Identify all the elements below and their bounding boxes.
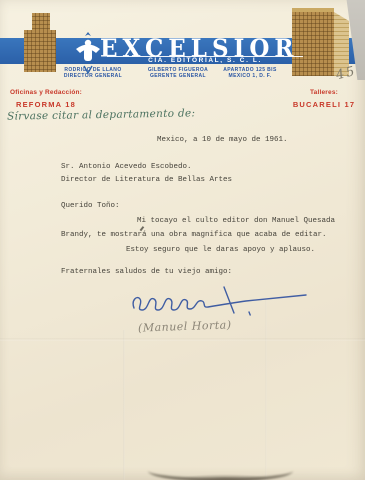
offices-value: REFORMA 18: [6, 100, 86, 109]
building-body: [24, 30, 56, 72]
workshops-value: BUCARELI 17: [288, 100, 360, 109]
department-note-script: Sírvase citar al departamento de:: [7, 107, 196, 122]
letter-sheet: EXCELSIOR CIA. EDITORIAL, S. C. L. RODRI…: [0, 0, 365, 480]
masthead-postal-block: APARTADO 125 BIS MEXICO 1, D. F.: [208, 67, 292, 79]
recipient-title-line: Director de Literatura de Bellas Artes: [61, 176, 232, 184]
body-line-3: Estoy seguro que le daras apoyo y aplaus…: [126, 246, 315, 254]
salutation-line: Querido Toño:: [61, 202, 120, 210]
workshops-label: Talleres:: [288, 89, 360, 96]
workshops-block: Talleres: BUCARELI 17: [288, 89, 360, 109]
offices-block: Oficinas y Redacción: REFORMA 18: [6, 89, 86, 109]
postal-line2: MEXICO 1, D. F.: [208, 73, 292, 79]
director-title: DIRECTOR GENERAL: [51, 73, 135, 79]
recipient-name-line: Sr. Antonio Acevedo Escobedo.: [61, 163, 192, 171]
fold-crease: [265, 300, 267, 480]
date-line: Mexico, a 10 de mayo de 1961.: [157, 136, 288, 144]
page-number-pencil: 45: [334, 64, 358, 84]
fold-crease: [0, 338, 365, 341]
masthead-director-block: RODRIGO DE LLANO DIRECTOR GENERAL: [51, 67, 135, 79]
body-line-2: Brandy, te mostrará una obra magnifica q…: [61, 231, 327, 239]
body-line-1: Mi tocayo el culto editor don Manuel Que…: [137, 217, 335, 225]
signature-scribble: [128, 283, 313, 323]
offices-label: Oficinas y Redacción:: [6, 89, 86, 96]
closing-line: Fraternales saludos de tu viejo amigo:: [61, 268, 232, 276]
signature-name-pencil: (Manuel Horta): [138, 318, 232, 334]
fold-crease: [123, 330, 125, 480]
brand-subtitle: CIA. EDITORIAL, S. C. L.: [133, 57, 277, 64]
scan-shadow: [180, 474, 270, 480]
